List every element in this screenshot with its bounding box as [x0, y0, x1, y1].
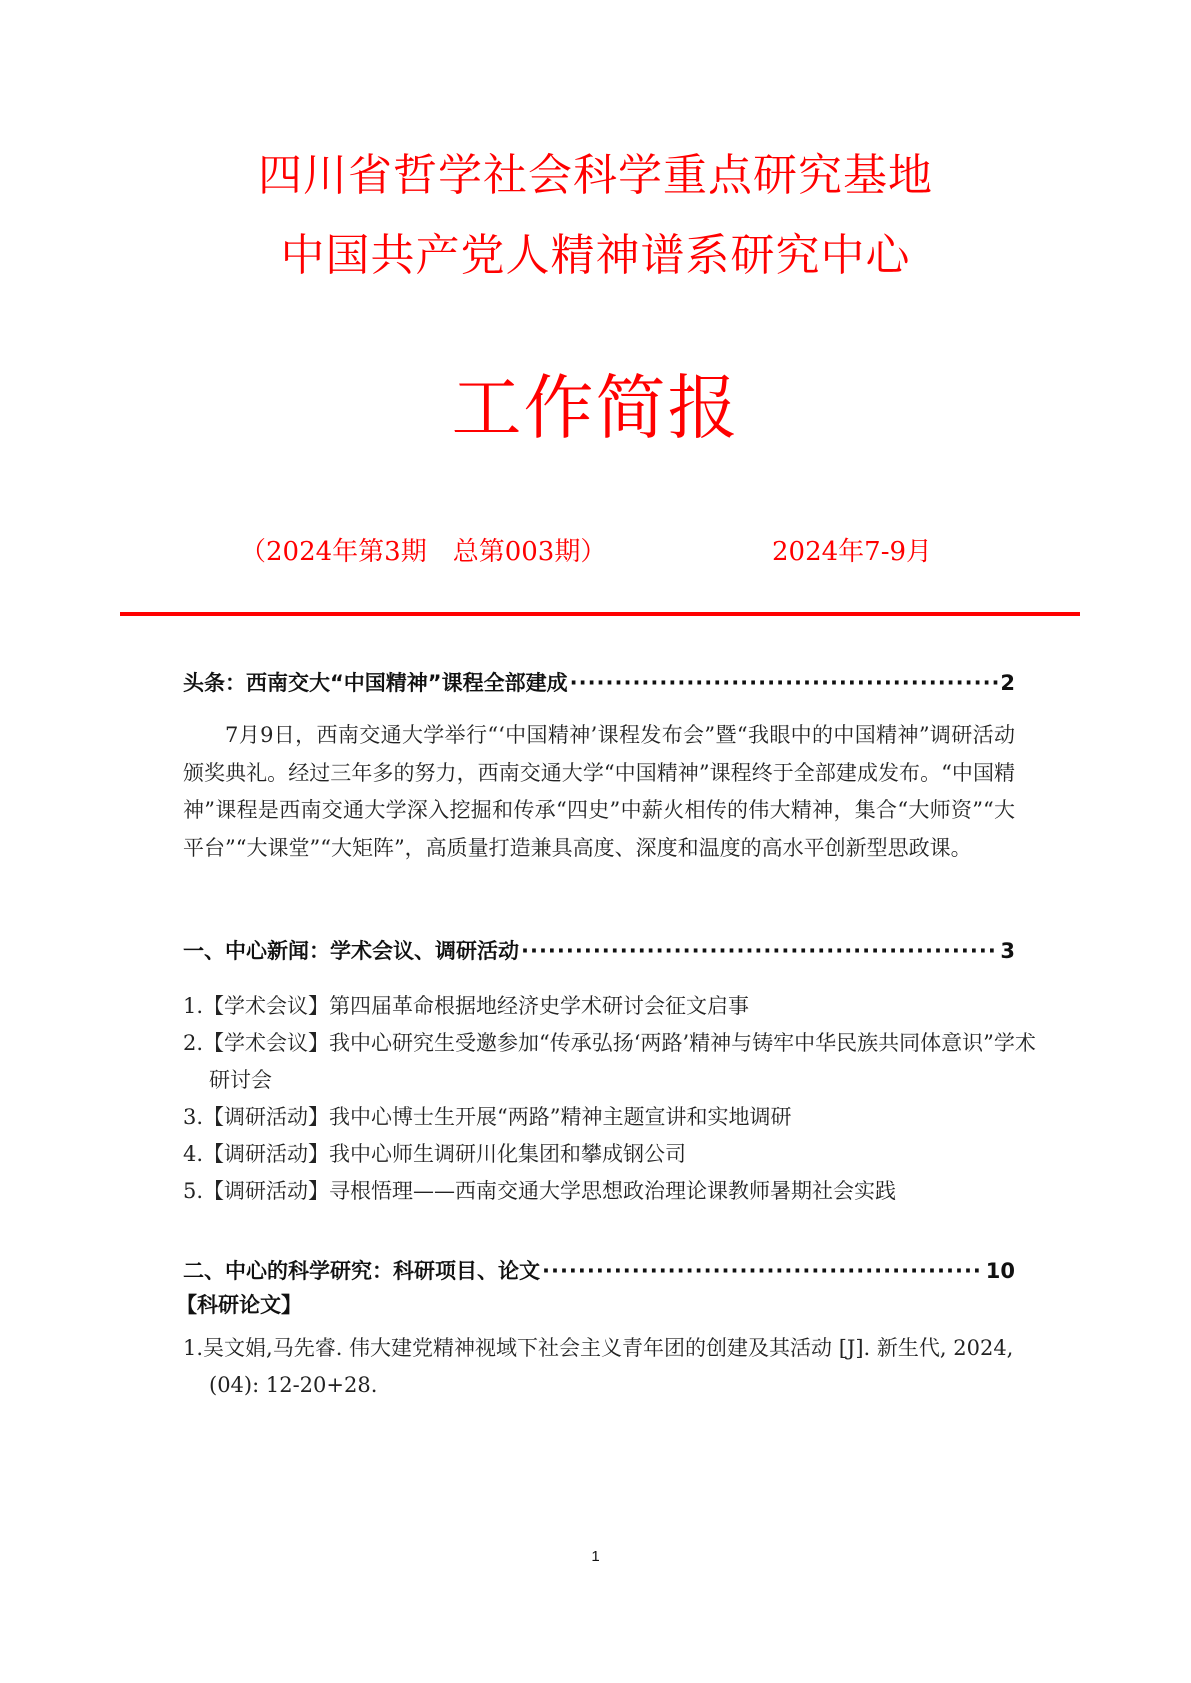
page-number: 1: [0, 1548, 1191, 1565]
toc-leader-dots: [570, 668, 999, 698]
toc-page-number: 2: [1000, 668, 1015, 698]
toc-entry-section1[interactable]: 一、中心新闻：学术会议、调研活动 3: [183, 936, 1015, 966]
toc-leader-dots: [521, 936, 998, 966]
headline-summary: 7月9日，西南交通大学举行“‘中国精神’课程发布会”暨“我眼中的中国精神”调研活…: [183, 717, 1015, 867]
news-item[interactable]: 3.【调研活动】我中心博士生开展“两路”精神主题宣讲和实地调研: [183, 1099, 1041, 1136]
toc-title: 头条：西南交大“中国精神”课程全部建成: [183, 668, 568, 698]
news-item[interactable]: 2.【学术会议】我中心研究生受邀参加“传承弘扬‘两路’精神与铸牢中华民族共同体意…: [183, 1025, 1041, 1099]
toc-title: 二、中心的科学研究：科研项目、论文: [183, 1256, 540, 1286]
toc-page-number: 3: [1000, 936, 1015, 966]
document-page: 四川省哲学社会科学重点研究基地 中国共产党人精神谱系研究中心 工作简报 （202…: [0, 0, 1191, 1683]
toc-leader-dots: [542, 1256, 984, 1286]
news-item[interactable]: 5.【调研活动】寻根悟理——西南交通大学思想政治理论课教师暑期社会实践: [183, 1173, 1041, 1210]
toc-title: 一、中心新闻：学术会议、调研活动: [183, 936, 519, 966]
toc-page-number: 10: [986, 1256, 1015, 1286]
issue-period: 2024年7-9月: [772, 532, 932, 572]
news-item[interactable]: 4.【调研活动】我中心师生调研川化集团和攀成钢公司: [183, 1136, 1041, 1173]
masthead-institution: 四川省哲学社会科学重点研究基地: [0, 148, 1191, 204]
paper-citation: 1.吴文娟,马先睿. 伟大建党精神视域下社会主义青年团的创建及其活动 [J]. …: [183, 1330, 1041, 1404]
document-title: 工作简报: [0, 368, 1191, 448]
news-item[interactable]: 1.【学术会议】第四届革命根据地经济史学术研讨会征文启事: [183, 988, 1041, 1025]
papers-subheading: 【科研论文】: [176, 1290, 302, 1320]
header-divider: [120, 612, 1080, 616]
toc-entry-headline[interactable]: 头条：西南交大“中国精神”课程全部建成 2: [183, 668, 1015, 698]
toc-entry-section2[interactable]: 二、中心的科学研究：科研项目、论文 10: [183, 1256, 1015, 1286]
masthead-center: 中国共产党人精神谱系研究中心: [0, 228, 1191, 284]
issue-number: （2024年第3期 总第003期）: [240, 532, 606, 572]
issue-info: （2024年第3期 总第003期） 2024年7-9月: [0, 532, 1191, 572]
